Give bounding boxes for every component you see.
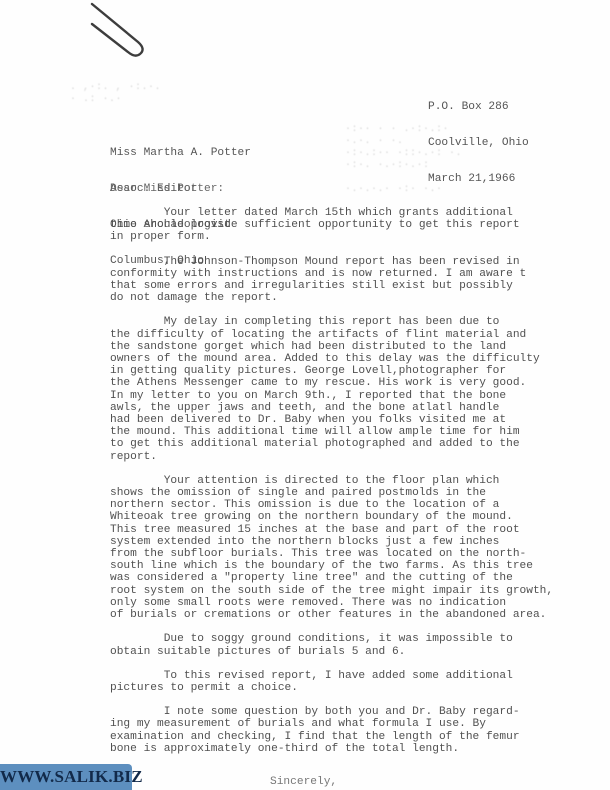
paragraph-pictures: To this revised report, I have added som… — [110, 670, 600, 694]
letter-date: March 21,1966 — [428, 173, 529, 185]
salutation: Dear Miss Potter: — [110, 183, 224, 195]
watermark-badge: WWW.SALIK.BIZ — [0, 764, 132, 790]
paragraph-delay: My delay in completing this report has b… — [110, 316, 600, 462]
paragraph-floor-plan: Your attention is directed to the floor … — [110, 475, 600, 621]
return-address-line: P.O. Box 286 — [428, 101, 529, 113]
paragraph-deadline: Your letter dated March 15th which grant… — [110, 207, 600, 244]
paragraph-measurement: I note some question by both you and Dr.… — [110, 706, 600, 755]
bleed-through-text-left: . ,·:. , ·:.·. · .: ·.· — [70, 82, 161, 106]
recipient-name: Miss Martha A. Potter — [110, 147, 251, 159]
paragraph-revision: The Johnson-Thompson Mound report has be… — [110, 256, 600, 305]
closing: Sincerely, — [270, 776, 337, 788]
letter-body: Your letter dated March 15th which grant… — [110, 207, 600, 767]
return-address: P.O. Box 286 Coolville, Ohio March 21,19… — [428, 77, 529, 209]
paperclip-icon — [86, 2, 156, 58]
letter-page: . ,·:. , ·:.·. · .: ·.· ·:·· · · .·:·.:·… — [0, 0, 610, 790]
paragraph-ground-conditions: Due to soggy ground conditions, it was i… — [110, 633, 600, 657]
return-address-line: Coolville, Ohio — [428, 137, 529, 149]
